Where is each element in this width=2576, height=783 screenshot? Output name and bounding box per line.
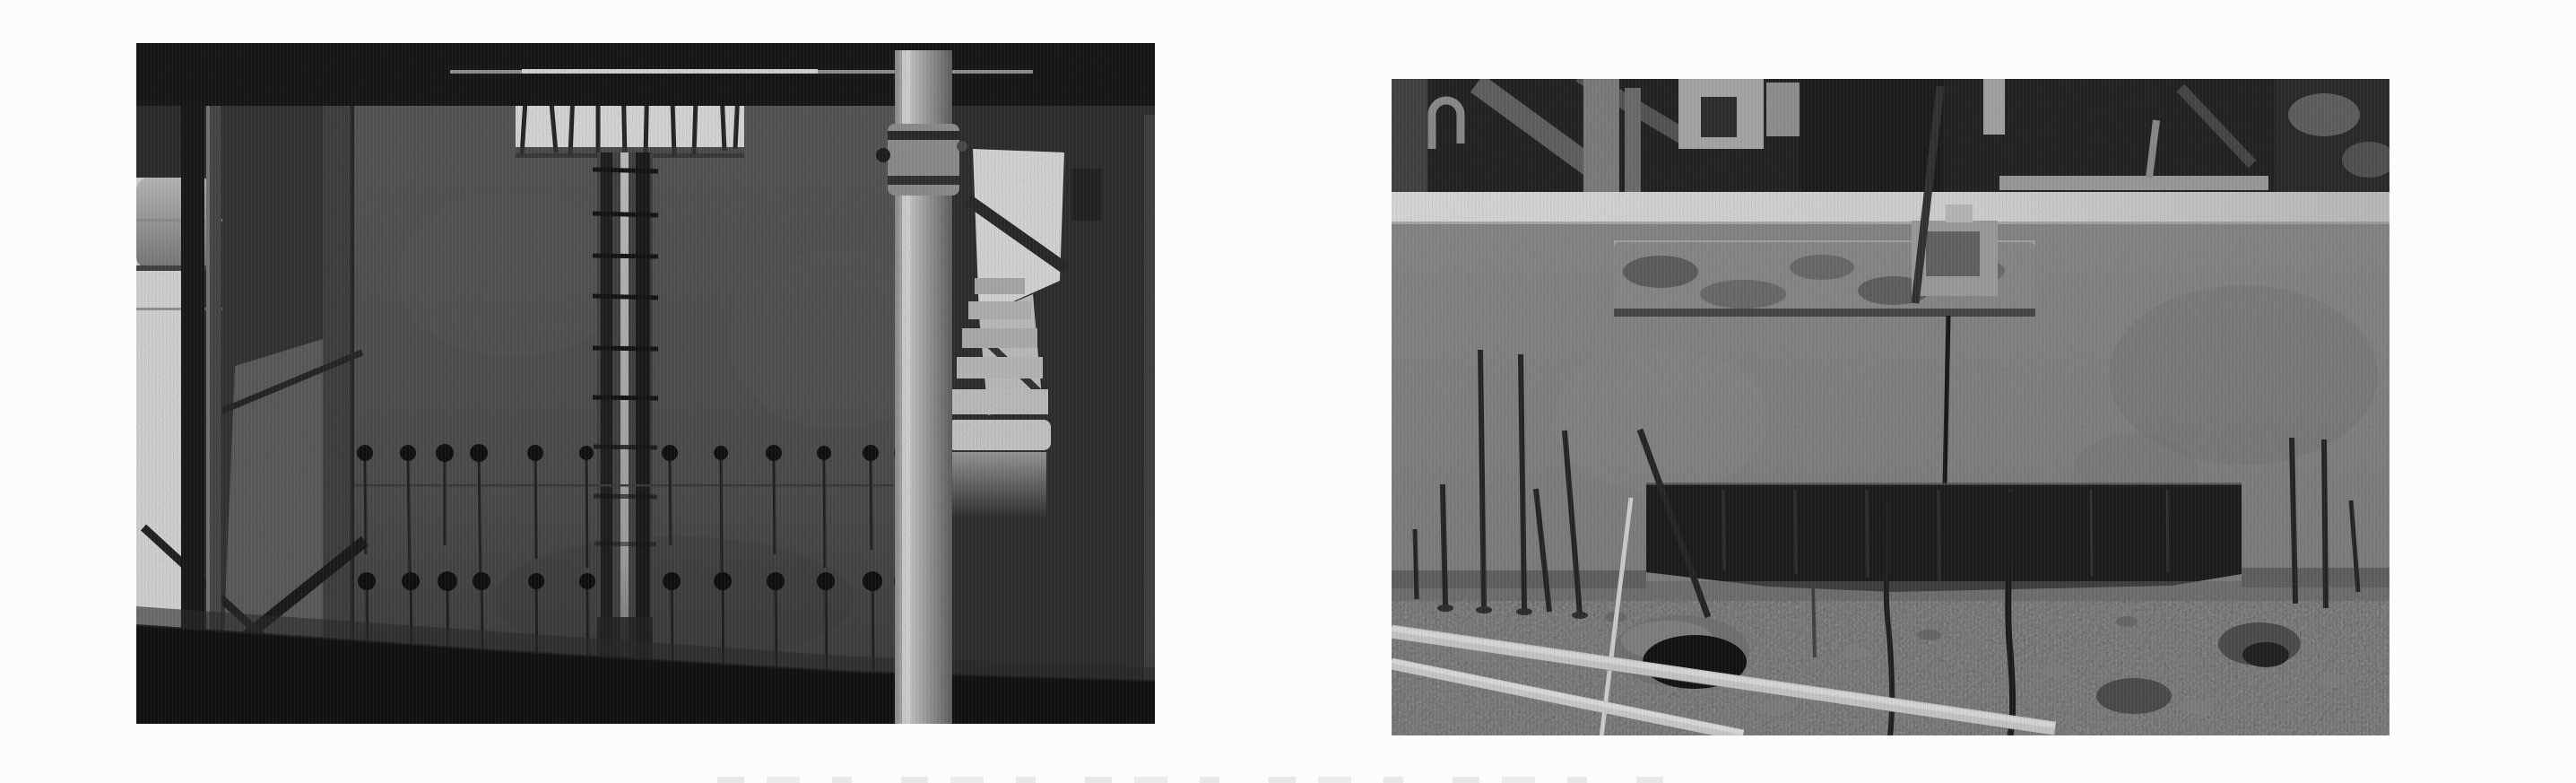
right-photo-drawing	[1392, 79, 2390, 735]
scanned-page	[0, 0, 2576, 783]
film-grain	[1392, 79, 2390, 735]
cut-off-caption-fragment	[717, 777, 1668, 783]
left-photo-drawing	[136, 43, 1155, 724]
film-grain	[136, 43, 1155, 724]
left-photo	[136, 43, 1155, 724]
right-photo	[1392, 79, 2390, 735]
